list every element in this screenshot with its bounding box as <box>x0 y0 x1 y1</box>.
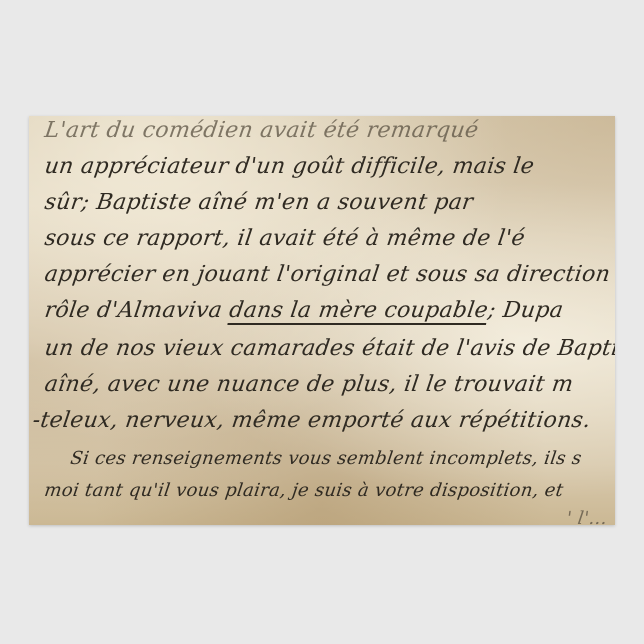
handwriting-line-8: aîné, avec une nuance de plus, il le tro… <box>43 372 575 397</box>
line-6-end: ; Dupa <box>486 298 565 323</box>
handwriting-line-7: un de nos vieux camarades était de l'avi… <box>43 336 615 361</box>
handwriting-line-2: un appréciateur d'un goût difficile, mai… <box>43 154 536 179</box>
underlined-title: dans la mère coupable <box>228 298 490 323</box>
handwriting-line-1: L'art du comédien avait été remarqué <box>43 118 480 143</box>
handwriting-line-10: Si ces renseignements vous semblent inco… <box>69 448 583 469</box>
handwriting-line-4: sous ce rapport, il avait été à même de … <box>43 226 527 251</box>
handwriting-line-5: apprécier en jouant l'original et sous s… <box>43 262 612 287</box>
handwriting-line-11: moi tant qu'il vous plaira, je suis à vo… <box>43 480 565 501</box>
handwriting-line-6: rôle d'Almaviva dans la mère coupable; D… <box>43 298 565 323</box>
handwriting-line-3: sûr; Baptiste aîné m'en a souvent par <box>43 190 475 215</box>
handwritten-letter: L'art du comédien avait été remarqué un … <box>29 116 615 525</box>
handwriting-line-12: ' l'... <box>565 508 609 525</box>
line-6-start: rôle d'Almaviva <box>43 298 231 323</box>
handwriting-line-9: -teleux, nerveux, même emporté aux répét… <box>31 408 592 433</box>
